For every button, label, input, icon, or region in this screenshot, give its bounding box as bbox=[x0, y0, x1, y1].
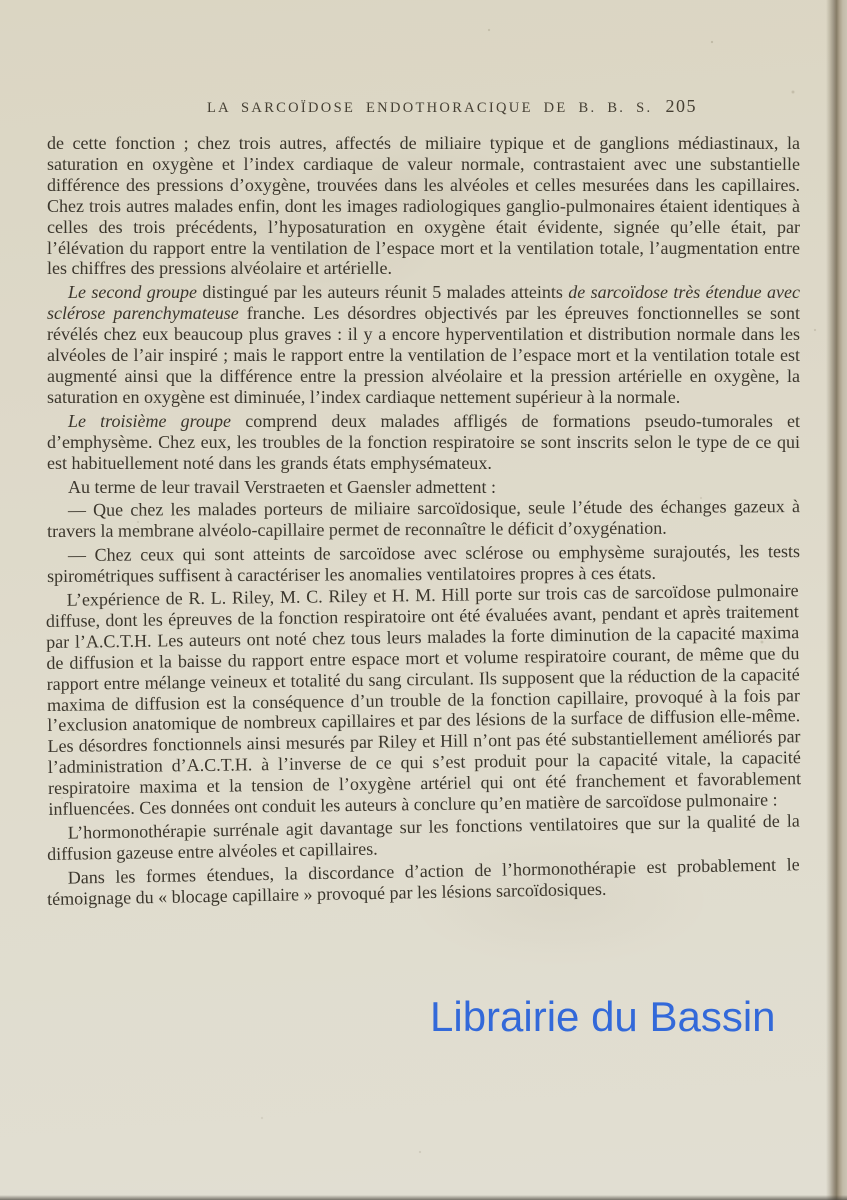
paragraph: — Chez ceux qui sont atteints de sarcoïd… bbox=[47, 541, 800, 587]
paragraph: L’expérience de R. L. Riley, M. C. Riley… bbox=[45, 580, 801, 820]
running-head-title: LA SARCOÏDOSE ENDOTHORACIQUE DE B. B. S. bbox=[207, 100, 652, 117]
paragraph: — Que chez les malades porteurs de milia… bbox=[47, 496, 800, 542]
text-segment: Au terme de leur travail Verstraeten et … bbox=[68, 477, 496, 497]
text-segment: L’expérience de R. L. Riley, M. C. Riley… bbox=[46, 580, 801, 819]
text-segment: de cette fonction ; chez trois autres, a… bbox=[47, 133, 800, 278]
paragraph: Au terme de leur travail Verstraeten et … bbox=[47, 477, 800, 498]
text-segment: — Que chez les malades porteurs de milia… bbox=[47, 496, 800, 541]
text-block: de cette fonction ; chez trois autres, a… bbox=[47, 133, 800, 913]
text-segment: distingué par les auteurs réunit 5 malad… bbox=[202, 282, 568, 302]
scanned-book-page: LA SARCOÏDOSE ENDOTHORACIQUE DE B. B. S.… bbox=[0, 0, 847, 1200]
page-number: 205 bbox=[666, 96, 698, 117]
bookseller-watermark: Librairie du Bassin bbox=[430, 996, 776, 1038]
running-head: LA SARCOÏDOSE ENDOTHORACIQUE DE B. B. S.… bbox=[207, 96, 697, 117]
italic-text-segment: Le second groupe bbox=[68, 282, 202, 302]
italic-text-segment: Le troisième groupe bbox=[68, 411, 245, 431]
text-segment: — Chez ceux qui sont atteints de sarcoïd… bbox=[47, 541, 800, 586]
scan-bottom-edge bbox=[0, 1195, 847, 1200]
paragraph: Le troisième groupe comprend deux malade… bbox=[47, 411, 800, 474]
paragraph: de cette fonction ; chez trois autres, a… bbox=[47, 133, 800, 279]
paragraph: Le second groupe distingué par les auteu… bbox=[47, 282, 800, 407]
book-page-edge bbox=[826, 0, 847, 1200]
